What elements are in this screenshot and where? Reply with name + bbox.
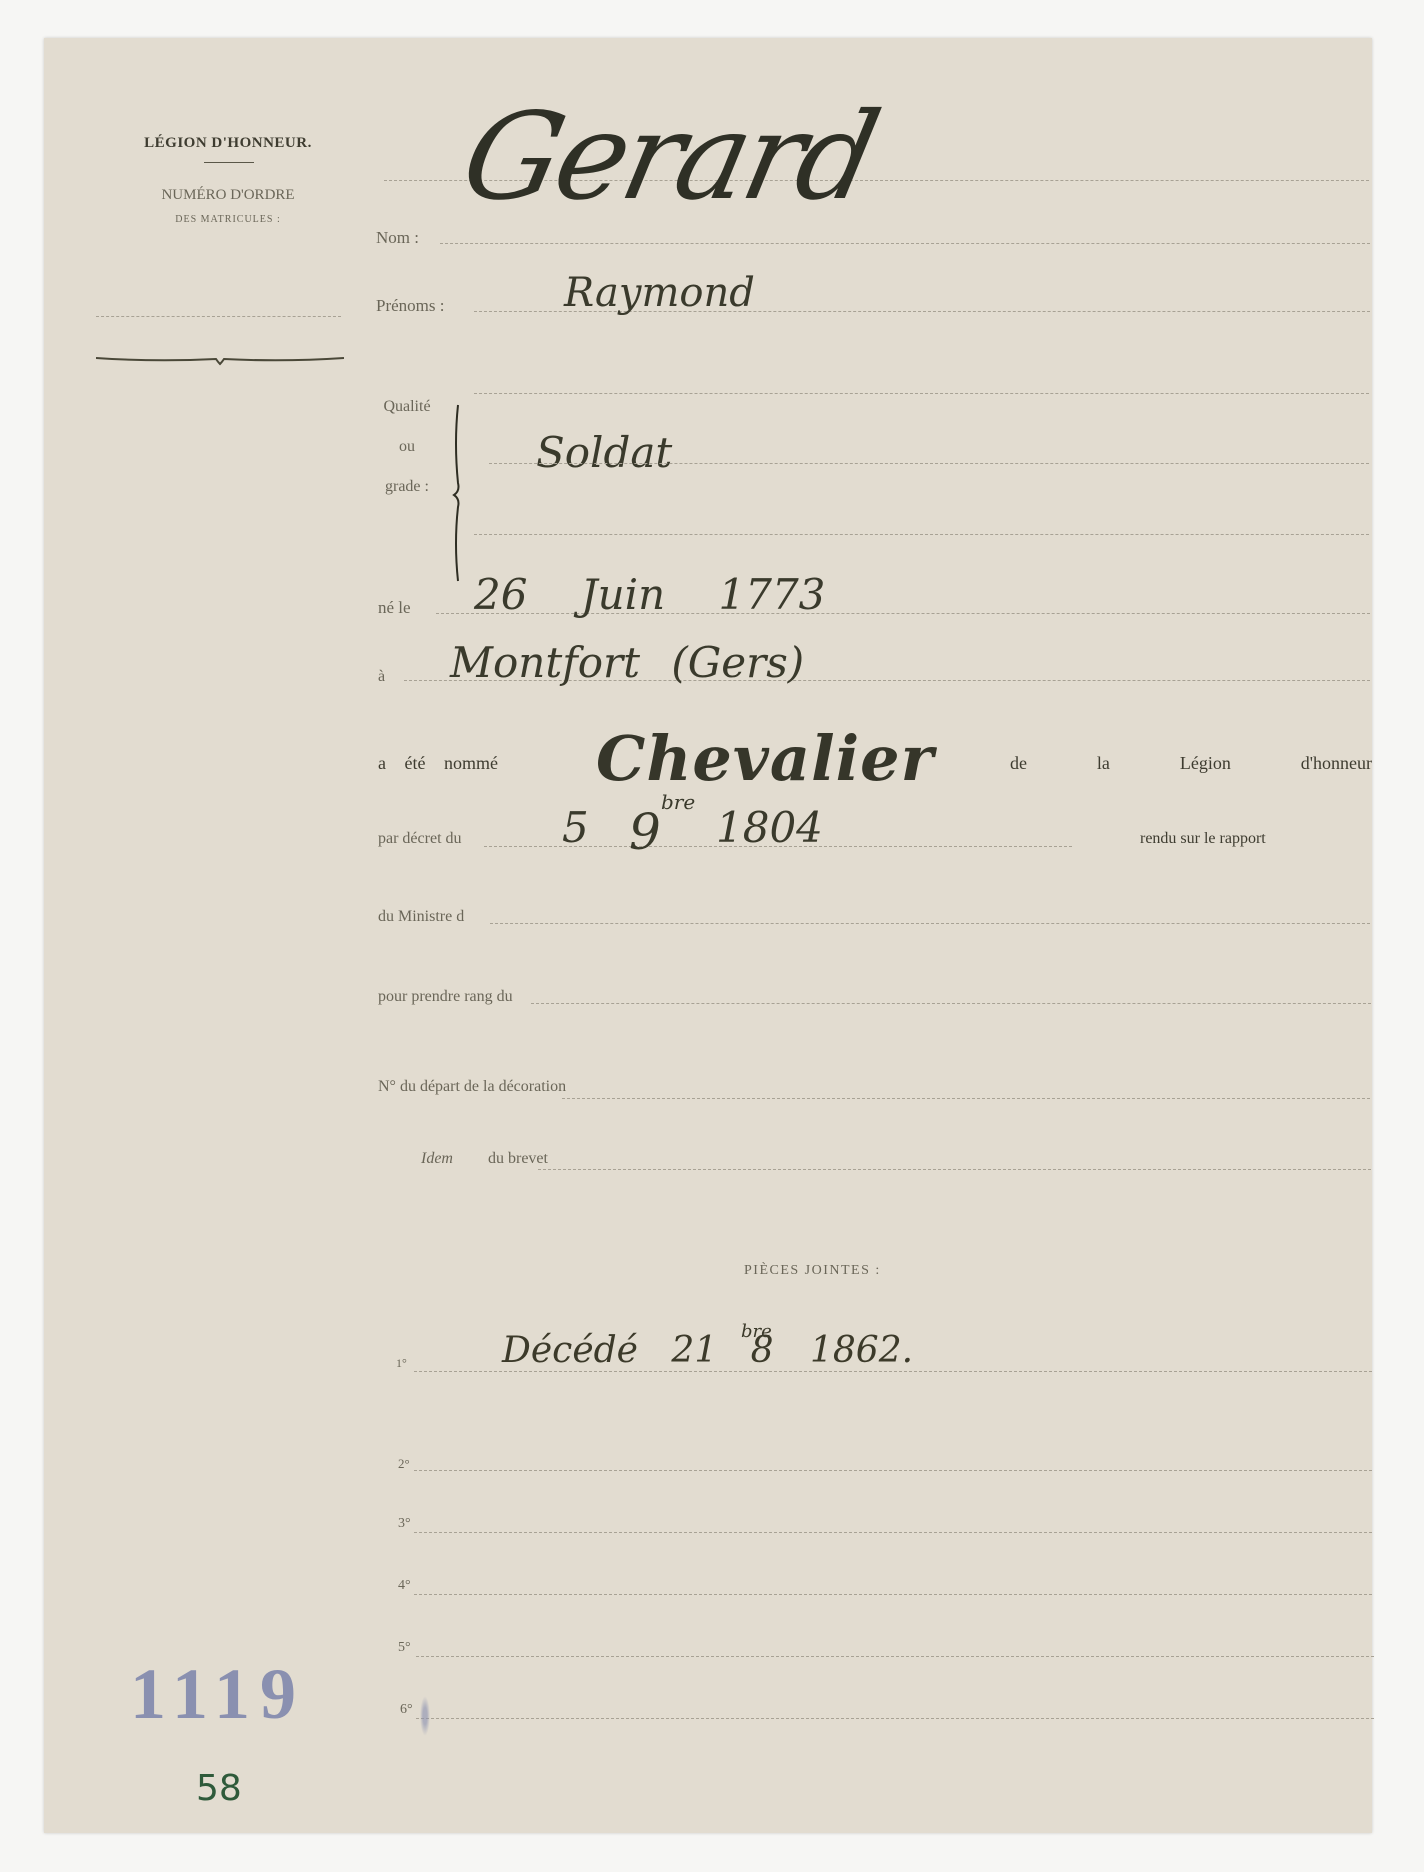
brevet-label: du brevet [488,1150,548,1168]
piece-line-1[interactable] [414,1371,1372,1372]
ornament-divider [96,354,344,366]
piece-num-2: 2° [398,1456,410,1472]
ink-smudge [420,1696,430,1736]
qualite-upper-line [474,393,1369,394]
piece-num-4: 4° [398,1578,411,1594]
piece-num-1: 1° [396,1356,407,1371]
qualite-lower-line [474,534,1369,535]
document-page: LÉGION D'HONNEUR. NUMÉRO D'ORDRE DES MAT… [44,38,1372,1833]
brace-icon [448,403,468,583]
nom-label: Nom : [376,228,419,248]
brevet-line[interactable] [538,1169,1371,1170]
a-value: Montfort (Gers) [450,638,804,687]
piece-sup-1: bre [741,1321,772,1342]
prenoms-value: Raymond [564,270,755,316]
prenoms-label: Prénoms : [376,296,444,316]
nom-value: Gerard [451,88,887,227]
nomme-label: a été nommé [378,753,498,774]
nomme-suffix: de la Légion d'honneur [1010,753,1372,774]
piece-num-5: 5° [398,1640,411,1656]
piece-line-3[interactable] [414,1532,1372,1533]
folio-number: 58 [196,1768,242,1809]
piece-year-1: 1862. [810,1330,913,1371]
rang-label: pour prendre rang du [378,988,513,1006]
matricule-stamp: 1119 [130,1653,306,1736]
piece-line-4[interactable] [414,1594,1372,1595]
ne-le-value: 26 Juin 1773 [474,570,825,619]
piece-value-1: Décédé 21 8 [502,1330,774,1371]
qualite-label-3: grade : [374,478,440,496]
rank-title: Chevalier [596,722,934,795]
piece-num-3: 3° [398,1516,411,1532]
header-rule [204,162,254,163]
decret-suffix: rendu sur le rapport [1140,830,1266,848]
decret-year: 1804 [716,803,823,852]
qualite-label-2: ou [374,438,440,456]
header-line2: DES MATRICULES : [118,214,338,225]
rang-line[interactable] [531,1003,1371,1004]
decret-day: 5 [562,803,589,852]
piece-line-5[interactable] [416,1656,1374,1657]
header-title: LÉGION D'HONNEUR. [118,135,338,152]
qualite-line[interactable] [489,463,1369,464]
piece-line-6[interactable] [416,1718,1374,1719]
decret-month: 9 [629,803,661,861]
piece-line-2[interactable] [414,1470,1372,1471]
piece-num-6: 6° [400,1702,413,1718]
nom-line[interactable] [440,243,1370,244]
brevet-idem: Idem [421,1150,453,1168]
decret-label: par décret du [378,830,462,848]
depart-line[interactable] [562,1098,1370,1099]
a-label: à [378,668,385,686]
pieces-title: PIÈCES JOINTES : [744,1263,881,1279]
ne-le-label: né le [378,598,411,618]
ministre-line[interactable] [490,923,1370,924]
depart-label: N° du départ de la décoration [378,1078,566,1096]
qualite-label-1: Qualité [374,398,440,416]
decret-month-sup: bre [661,790,695,814]
matricule-line [96,316,341,317]
header-line1: NUMÉRO D'ORDRE [118,187,338,204]
qualite-value: Soldat [536,428,672,477]
ministre-label: du Ministre d [378,908,464,926]
